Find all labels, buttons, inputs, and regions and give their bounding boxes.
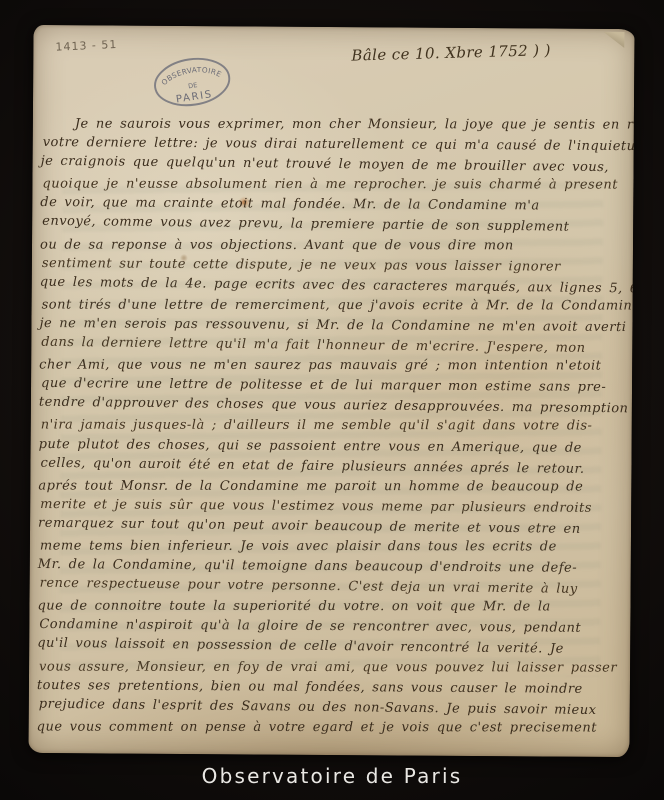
letter-line: sont tirés d'une lettre de remerciment, … [40,297,631,318]
letter-line: meme tems bien inferieur. Je vois avec p… [38,538,629,559]
stamp-text-paris: PARIS [175,89,213,105]
photo-viewer: 1413 - 51 OBSERVATOIRE DE PARIS Bâle ce … [0,0,664,800]
letter-line: que vous comment on pense à votre egard … [37,719,628,740]
letter-line: quoique je n'eusse absolument rien à me … [40,177,631,198]
letter-line: Je ne saurois vous exprimer, mon cher Mo… [41,117,632,138]
letter-body: Je ne saurois vous exprimer, mon cher Mo… [37,115,632,742]
caption-text: Observatoire de Paris [0,764,664,788]
observatoire-stamp: OBSERVATOIRE DE PARIS [148,50,237,114]
letter-line: ou de sa reponse à vos objections. Avant… [40,237,631,258]
letter-line: aprés tout Monsr. de la Condamine me par… [38,478,629,499]
folded-corner [603,32,624,48]
archive-number: 1413 - 51 [55,38,117,54]
letter-line: cher Ami, que vous ne m'en saurez pas ma… [39,358,630,379]
letter-page: 1413 - 51 OBSERVATOIRE DE PARIS Bâle ce … [28,25,634,757]
letter-dateline: Bâle ce 10. Xbre 1752 ) ) [351,41,551,65]
letter-line: vous assure, Monsieur, en foy de vrai am… [37,659,628,680]
letter-line: n'ira jamais jusques-là ; d'ailleurs il … [39,418,630,439]
letter-line: que de connoitre toute la superiorité du… [37,599,628,620]
stamp-text-de: DE [188,81,198,90]
